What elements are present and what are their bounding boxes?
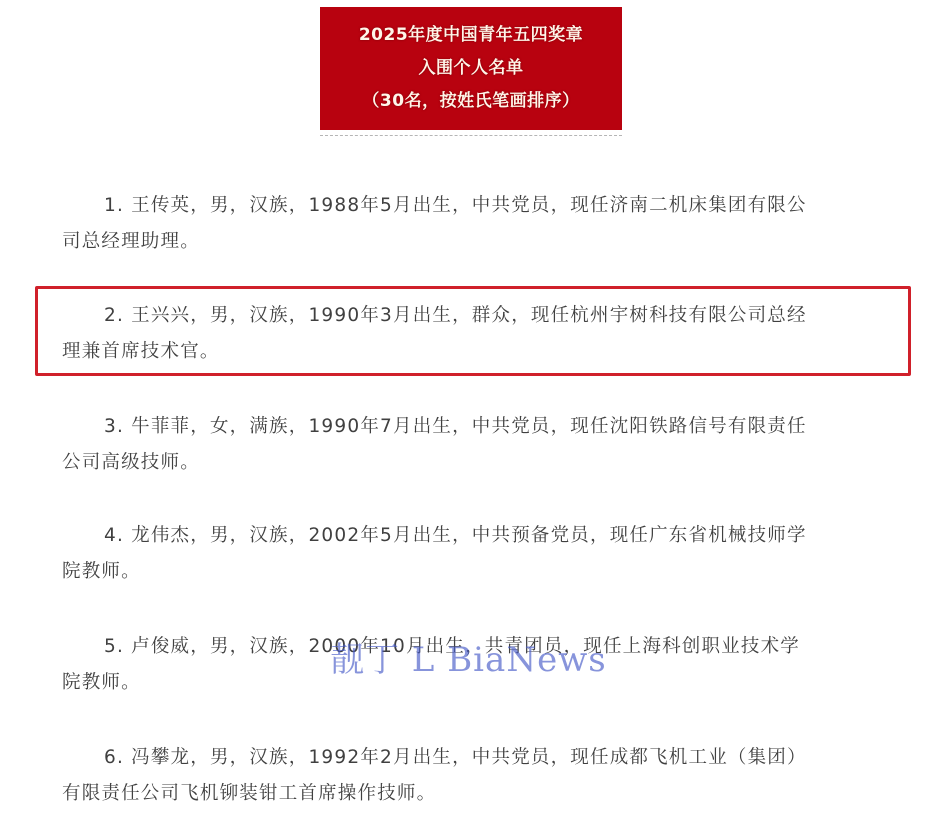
entry-line-1: 2. 王兴兴，男，汉族，1990年3月出生，群众，现任杭州宇树科技有限公司总经 — [62, 298, 892, 334]
title-line-3: （30名，按姓氏笔画排序） — [320, 85, 622, 118]
entry-number: 5. — [104, 636, 124, 657]
entry-line-1: 3. 牛菲菲，女，满族，1990年7月出生，中共党员，现任沈阳铁路信号有限责任 — [62, 409, 892, 445]
title-line-2: 入围个人名单 — [320, 52, 622, 85]
entry-text: 王兴兴，男，汉族，1990年3月出生，群众，现任杭州宇树科技有限公司总经 — [131, 305, 807, 326]
list-item-5: 5. 卢俊威，男，汉族，2000年10月出生，共青团员，现任上海科创职业技术学 … — [62, 629, 892, 701]
title-banner: 2025年度中国青年五四奖章 入围个人名单 （30名，按姓氏笔画排序） — [320, 7, 622, 130]
entry-line-2: 院教师。 — [62, 554, 892, 590]
entry-text: 牛菲菲，女，满族，1990年7月出生，中共党员，现任沈阳铁路信号有限责任 — [131, 416, 807, 437]
list-item-6: 6. 冯攀龙，男，汉族，1992年2月出生，中共党员，现任成都飞机工业（集团） … — [62, 740, 892, 812]
title-divider — [320, 135, 622, 136]
entry-text: 王传英，男，汉族，1988年5月出生，中共党员，现任济南二机床集团有限公 — [131, 195, 807, 216]
entry-number: 6. — [104, 747, 124, 768]
entry-text: 龙伟杰，男，汉族，2002年5月出生，中共预备党员，现任广东省机械技师学 — [131, 525, 807, 546]
entry-line-2: 院教师。 — [62, 665, 892, 701]
entry-number: 2. — [104, 305, 124, 326]
entry-line-2: 理兼首席技术官。 — [62, 334, 892, 370]
entry-line-1: 4. 龙伟杰，男，汉族，2002年5月出生，中共预备党员，现任广东省机械技师学 — [62, 518, 892, 554]
list-item-1: 1. 王传英，男，汉族，1988年5月出生，中共党员，现任济南二机床集团有限公 … — [62, 188, 892, 260]
entry-number: 3. — [104, 416, 124, 437]
entry-line-2: 司总经理助理。 — [62, 224, 892, 260]
entry-number: 1. — [104, 195, 124, 216]
entry-line-1: 5. 卢俊威，男，汉族，2000年10月出生，共青团员，现任上海科创职业技术学 — [62, 629, 892, 665]
entry-line-1: 1. 王传英，男，汉族，1988年5月出生，中共党员，现任济南二机床集团有限公 — [62, 188, 892, 224]
entry-line-1: 6. 冯攀龙，男，汉族，1992年2月出生，中共党员，现任成都飞机工业（集团） — [62, 740, 892, 776]
list-item-2: 2. 王兴兴，男，汉族，1990年3月出生，群众，现任杭州宇树科技有限公司总经 … — [62, 298, 892, 370]
entry-number: 4. — [104, 525, 124, 546]
entry-line-2: 公司高级技师。 — [62, 445, 892, 481]
entry-text: 冯攀龙，男，汉族，1992年2月出生，中共党员，现任成都飞机工业（集团） — [131, 747, 807, 768]
list-item-3: 3. 牛菲菲，女，满族，1990年7月出生，中共党员，现任沈阳铁路信号有限责任 … — [62, 409, 892, 481]
list-item-4: 4. 龙伟杰，男，汉族，2002年5月出生，中共预备党员，现任广东省机械技师学 … — [62, 518, 892, 590]
entry-text: 卢俊威，男，汉族，2000年10月出生，共青团员，现任上海科创职业技术学 — [131, 636, 800, 657]
title-line-1: 2025年度中国青年五四奖章 — [320, 19, 622, 52]
entry-line-2: 有限责任公司飞机铆装钳工首席操作技师。 — [62, 776, 892, 812]
